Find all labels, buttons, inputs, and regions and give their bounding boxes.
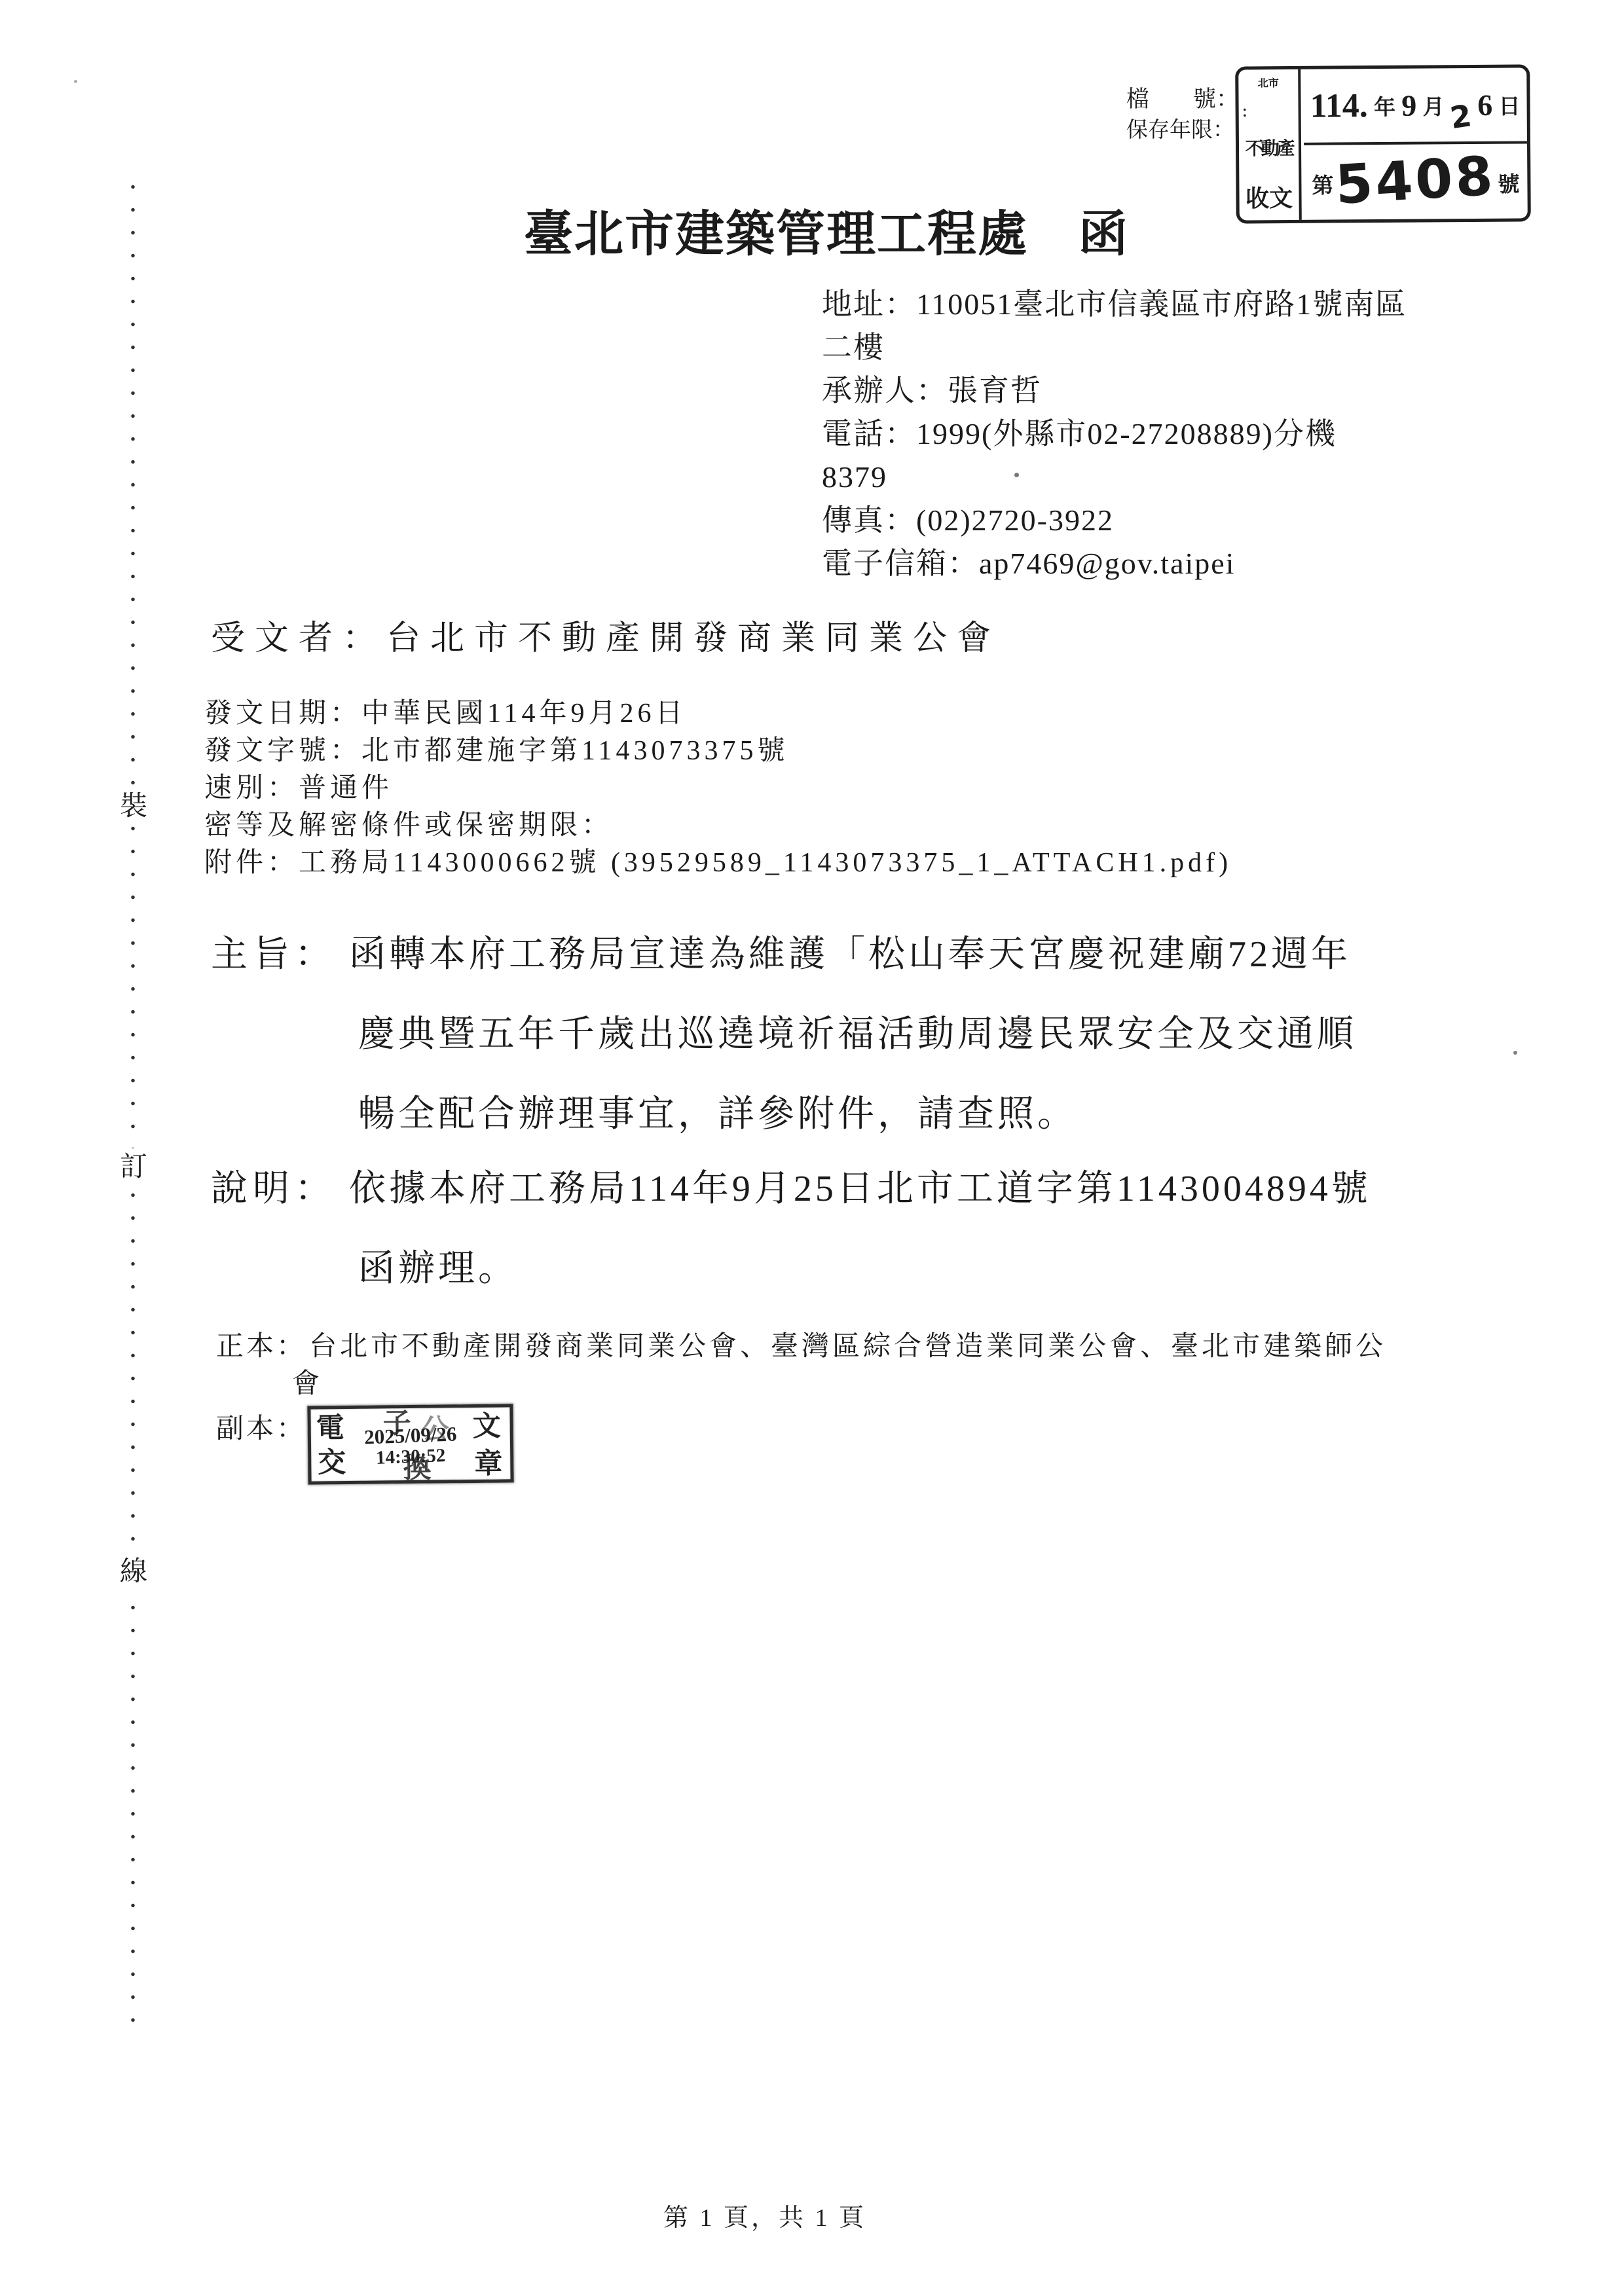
attachment-line: 附件：工務局1143000662號 (39529589_1143073375_1… [204, 845, 1449, 882]
receipt-date-stamp: 北市 ： 不動產 收文 114. 年 9 月 2 6 日 第 5408 號 [1235, 64, 1531, 223]
sender-phone-line2: 8379 [822, 456, 1555, 499]
explanation-line: 依據本府工務局114年9月25日北市工道字第1143004894號 [349, 1149, 1502, 1229]
binding-mark-xian: 線 [119, 1553, 149, 1591]
explanation-label: 說明： [211, 1171, 337, 1207]
sender-contact-person: 承辦人：張育哲 [822, 369, 1555, 412]
recipient-line: 受文者：台北市不動產開發商業同業公會 [211, 610, 1001, 659]
stamp-day-handwritten: 2 [1448, 98, 1474, 136]
stamp-number-handwritten: 5408 [1334, 145, 1497, 216]
retention-period-label: 保存年限： [1126, 120, 1239, 141]
original-copy-body: 台北市不動產開發商業同業公會、臺灣區綜合營造業同業公會、臺北市建築師公 會 [309, 1328, 1475, 1403]
subject-body: 函轉本府工務局宣達為維護「松山奉天宮慶祝建廟72週年 慶典暨五年千歲出巡遶境祈福… [349, 915, 1502, 1154]
stamp-day-unit: 日 [1498, 89, 1520, 120]
cc-copy-label: 副本： [216, 1415, 306, 1443]
scan-artifact-dot [1014, 473, 1019, 477]
explanation-body: 依據本府工務局114年9月25日北市工道字第1143004894號 函辦理。 [349, 1149, 1502, 1309]
file-number-label: 檔 號： [1126, 88, 1239, 111]
security-class-line: 密等及解密條件或保密期限： [204, 807, 1449, 845]
receipt-stamp-org-column: 北市 ： 不動產 收文 [1238, 69, 1302, 221]
stamp-org-line1: 北市 [1258, 75, 1279, 90]
stamp-number-prefix: 第 [1312, 168, 1333, 199]
binding-mark-zhuang: 裝 [119, 788, 149, 826]
stamp-year-value: 114. [1310, 86, 1368, 126]
stamp-month-unit: 月 [1422, 90, 1444, 120]
file-number-char: 檔 [1126, 88, 1149, 111]
subject-line: 函轉本府工務局宣達為維護「松山奉天宮慶祝建廟72週年 [349, 915, 1502, 994]
original-copy-line: 台北市不動產開發商業同業公會、臺灣區綜合營造業同業公會、臺北市建築師公 [309, 1328, 1475, 1366]
stamp-org-colon: ： [1242, 109, 1256, 115]
document-number-line: 發文字號：北市都建施字第1143073375號 [204, 733, 1449, 770]
receipt-stamp-number-row: 第 5408 號 [1304, 146, 1528, 219]
sender-address-line1: 地址：110051臺北市信義區市府路1號南區 [822, 283, 1555, 326]
issue-date-line: 發文日期：中華民國114年9月26日 [204, 695, 1449, 733]
stamp-month-value: 9 [1401, 88, 1416, 122]
page-number-footer: 第 1 頁，共 1 頁 [663, 2197, 866, 2233]
stamp-year-unit: 年 [1374, 90, 1395, 120]
stamp-day-printed: 6 [1477, 87, 1492, 122]
document-meta-block: 發文日期：中華民國114年9月26日 發文字號：北市都建施字第114307337… [204, 695, 1449, 882]
stamp-number-unit: 號 [1498, 167, 1519, 198]
sender-address-line2: 二樓 [822, 326, 1555, 369]
receipt-stamp-date-row: 114. 年 9 月 2 6 日 [1303, 67, 1527, 145]
binding-dotted-line [131, 175, 135, 2024]
binding-mark-ding: 訂 [119, 1148, 149, 1186]
sender-contact-block: 地址：110051臺北市信義區市府路1號南區 二樓 承辦人：張育哲 電話：199… [822, 283, 1555, 585]
subject-line: 暢全配合辦理事宜，詳參附件，請查照。 [349, 1074, 1502, 1154]
subject-label: 主旨： [211, 936, 337, 973]
document-title: 臺北市建築管理工程處 函 [524, 207, 1113, 263]
electronic-exchange-stamp: 電 子 公 文 交 換 章 2025/09/26 14:30:52 [307, 1404, 513, 1484]
original-copy-label: 正本： [216, 1333, 306, 1360]
sender-email: 電子信箱：ap7469@gov.taipei [822, 542, 1555, 585]
original-copy-line: 會 [292, 1366, 1475, 1403]
file-number-colon: 號： [1193, 88, 1239, 111]
scanned-official-letter-page: 檔 號： 保存年限： 北市 ： 不動產 收文 114. 年 9 月 2 6 日 … [0, 0, 1624, 2296]
scan-artifact-dot [74, 80, 77, 83]
sender-fax: 傳真：(02)2720-3922 [822, 499, 1555, 542]
speed-class-line: 速別：普通件 [204, 770, 1449, 807]
explanation-line: 函辦理。 [349, 1229, 1502, 1309]
scan-artifact-dot [1513, 1051, 1517, 1055]
stamp-org-line3: 收文 [1246, 180, 1293, 214]
archive-labels: 檔 號： 保存年限： [1126, 88, 1239, 141]
subject-line: 慶典暨五年千歲出巡遶境祈福活動周邊民眾安全及交通順 [349, 994, 1502, 1074]
sender-phone-line1: 電話：1999(外縣市02-27208889)分機 [822, 412, 1555, 456]
stamp-org-line2: 不動產 [1245, 134, 1292, 161]
